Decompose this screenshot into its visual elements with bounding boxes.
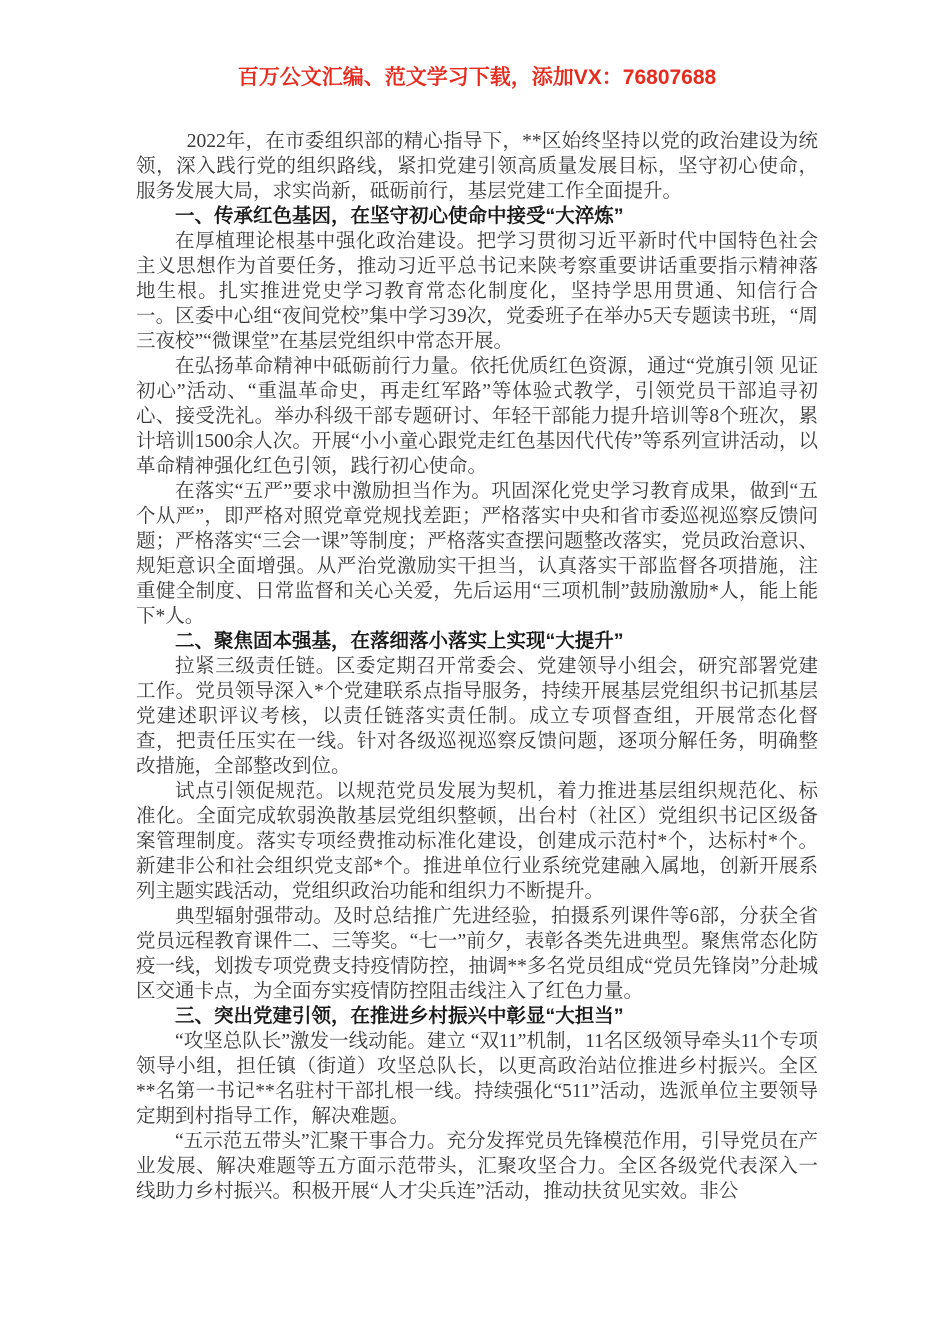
- paragraph-1-2: 在弘扬革命精神中砥砺前行力量。依托优质红色资源，通过“党旗引领 见证初心”活动、…: [136, 354, 818, 479]
- paragraph-3-2: “五示范五带头”汇聚干事合力。充分发挥党员先锋模范作用，引导党员在产业发展、解决…: [136, 1129, 818, 1204]
- document-body: 2022年，在市委组织部的精心指导下，**区始终坚持以党的政治建设为统领，深入践…: [136, 129, 818, 1204]
- section-heading-1: 一、传承红色基因，在坚守初心使命中接受“大淬炼”: [136, 204, 818, 229]
- paragraph-1-1: 在厚植理论根基中强化政治建设。把学习贯彻习近平新时代中国特色社会主义思想作为首要…: [136, 229, 818, 354]
- paragraph-3-1: “攻坚总队长”激发一线动能。建立 “双11”机制，11名区级领导牵头11个专项领…: [136, 1029, 818, 1129]
- paragraph-2-1: 拉紧三级责任链。区委定期召开常委会、党建领导小组会，研究部署党建工作。党员领导深…: [136, 654, 818, 779]
- paragraph-2-3: 典型辐射强带动。及时总结推广先进经验，拍摄系列课件等6部，分获全省党员远程教育课…: [136, 904, 818, 1004]
- paragraph-2-2: 试点引领促规范。以规范党员发展为契机，着力推进基层组织规范化、标准化。全面完成软…: [136, 779, 818, 904]
- paragraph-1-3: 在落实“五严”要求中激励担当作为。巩固深化党史学习教育成果，做到“五个从严”，即…: [136, 479, 818, 629]
- document-page: 百万公文汇编、范文学习下载，添加VX：76807688 2022年，在市委组织部…: [0, 0, 950, 1344]
- section-heading-3: 三、突出党建引领，在推进乡村振兴中彰显“大担当”: [136, 1004, 818, 1029]
- promo-watermark-header: 百万公文汇编、范文学习下载，添加VX：76807688: [136, 64, 818, 92]
- paragraph-intro: 2022年，在市委组织部的精心指导下，**区始终坚持以党的政治建设为统领，深入践…: [136, 129, 818, 204]
- section-heading-2: 二、聚焦固本强基，在落细落小落实上实现“大提升”: [136, 629, 818, 654]
